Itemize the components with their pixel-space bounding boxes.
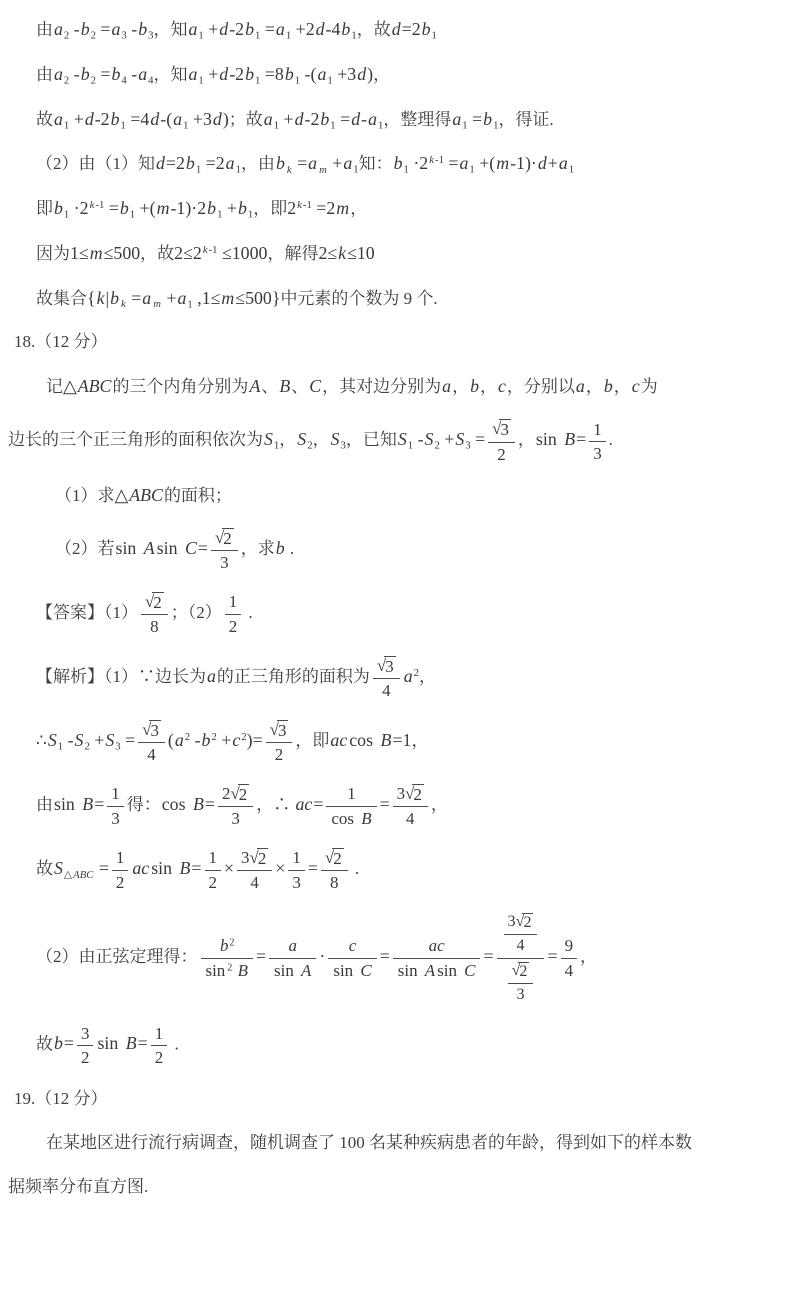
math-formula: S1 -S2 +S3 =√32 [397, 429, 518, 449]
question-18-heading: 18.（12 分） [14, 329, 784, 355]
math-formula: a1 =b1 [451, 109, 498, 129]
math-formula: bk =am +a1 [275, 153, 359, 173]
math-formula: 12 [222, 602, 244, 622]
problem-statement-line: 记△ABC的三个内角分别为A、B、C，其对边分别为a，b，c，分别以a，b，c为 [46, 373, 784, 400]
problem-statement-line: 据频率分布直方图. [8, 1174, 784, 1200]
math-formula: c [631, 376, 641, 396]
math-formula: a1 +d-2b1 =d-a1 [263, 109, 384, 129]
math-formula: √34a2 [370, 666, 419, 686]
math-formula: b [469, 376, 480, 396]
sub-question-2: （2）若sin Asin C=√23，求b . [55, 527, 784, 573]
analysis-line: ∴S1 -S2 +S3 =√34(a2 -b2 +c2)=√32，即accos … [36, 719, 784, 765]
math-formula: b=32sin B=12 [53, 1033, 170, 1053]
math-formula: A [248, 376, 261, 396]
math-formula: b [603, 376, 614, 396]
analysis-line: 故S△ABC =12acsin B=12×3√24×13=√28 . [36, 847, 784, 893]
math-formula: B [278, 376, 291, 396]
math-formula: S1 [263, 429, 279, 449]
solution-line: 由a2 -b2 =b4 -a4，知a1 +d-2b1 =8b1 -(a1 +3d… [36, 61, 784, 88]
math-formula: △ABC [115, 485, 164, 505]
math-formula: 1≤m≤500 [70, 243, 140, 263]
analysis-line: 故b=32sin B=12 . [36, 1023, 784, 1068]
math-formula: d=2b1 [391, 19, 437, 39]
math-formula: sin Asin C=√23 [115, 538, 241, 558]
problem-statement-line: 在某地区进行流行病调查，随机调查了 100 名某种疾病患者的年龄，得到如下的样本… [46, 1130, 784, 1156]
analysis-line: （2）由正弦定理得：b2sin2 B=asin A·csin C=acsin A… [36, 911, 784, 1005]
solution-line: 故集合{k|bk =am +a1 ,1≤m≤500}中元素的个数为 9 个. [36, 285, 784, 312]
math-formula: C [308, 376, 322, 396]
analysis-line: 由sin B=13得：cos B=2√23，∴ ac=1cos B=3√24， [36, 783, 784, 829]
math-formula: ac=1cos B=3√24 [294, 794, 430, 814]
math-formula: a1 +d-2b1 =a1 +2d-4b1 [187, 19, 356, 39]
math-formula: a1 +d-2b1 =4d-(a1 +3d) [53, 109, 229, 129]
math-formula: 2≤k≤10 [318, 243, 374, 263]
document-page: 由a2 -b2 =a3 -b3，知a1 +d-2b1 =a1 +2d-4b1，故… [0, 0, 794, 1228]
analysis-line: 【解析】（1）∵边长为a的正三角形的面积为√34a2， [36, 655, 784, 701]
solution-line: 由a2 -b2 =a3 -b3，知a1 +d-2b1 =a1 +2d-4b1，故… [36, 16, 784, 43]
math-formula: b [275, 538, 286, 558]
math-formula: √28 [138, 602, 171, 622]
math-formula: accos B=1 [329, 730, 411, 750]
math-formula: a2 -b2 =b4 -a4 [53, 64, 153, 84]
math-formula: S2 [296, 429, 312, 449]
math-formula: a2 -b2 =a3 -b3 [53, 19, 153, 39]
solution-line: 因为1≤m≤500，故2≤2k-1 ≤1000，解得2≤k≤10 [36, 240, 784, 267]
math-formula: a [206, 666, 217, 686]
math-formula: S△ABC =12acsin B=12×3√24×13=√28 [53, 858, 351, 878]
math-formula: c [497, 376, 507, 396]
math-formula: S3 [330, 429, 346, 449]
math-formula: sin B=13 [53, 794, 127, 814]
solution-line: （2）由（1）知d=2b1 =2a1，由bk =am +a1知：b1 ·2k-1… [36, 150, 784, 177]
solution-line: 即b1 ·2k-1 =b1 +(m-1)·2b1 +b1，即2k-1 =2m， [36, 195, 784, 222]
math-formula: △ABC [63, 376, 112, 396]
problem-statement-line: 边长的三个正三角形的面积依次为S1，S2，S3，已知S1 -S2 +S3 =√3… [8, 418, 784, 464]
math-formula: S1 -S2 +S3 =√34(a2 -b2 +c2)=√32 [47, 730, 296, 750]
math-formula: b1 ·2k-1 =a1 +(m-1)·d+a1 [393, 153, 575, 173]
math-formula: a [575, 376, 586, 396]
math-formula: b1 ·2k-1 =b1 +(m-1)·2b1 +b1 [53, 198, 253, 218]
math-formula: sin B=13 [535, 429, 609, 449]
math-formula: cos B=2√23 [161, 794, 256, 814]
answer-line: 【答案】（1）√28；（2）12 . [36, 591, 784, 637]
question-19-heading: 19.（12 分） [14, 1086, 784, 1112]
sub-question-1: （1）求△ABC的面积； [55, 482, 784, 509]
math-formula: b2sin2 B=asin A·csin C=acsin Asin C=3√24… [198, 946, 581, 966]
math-formula: a [441, 376, 452, 396]
math-formula: 2≤2k-1 ≤1000 [174, 243, 267, 263]
math-formula: a1 +d-2b1 =8b1 -(a1 +3d) [187, 64, 373, 84]
math-formula: 2k-1 =2m [287, 198, 350, 218]
math-formula: d=2b1 =2a1 [155, 153, 241, 173]
math-formula: {k|bk =am +a1 ,1≤m≤500} [87, 288, 280, 308]
solution-line: 故a1 +d-2b1 =4d-(a1 +3d)；故a1 +d-2b1 =d-a1… [36, 106, 784, 133]
